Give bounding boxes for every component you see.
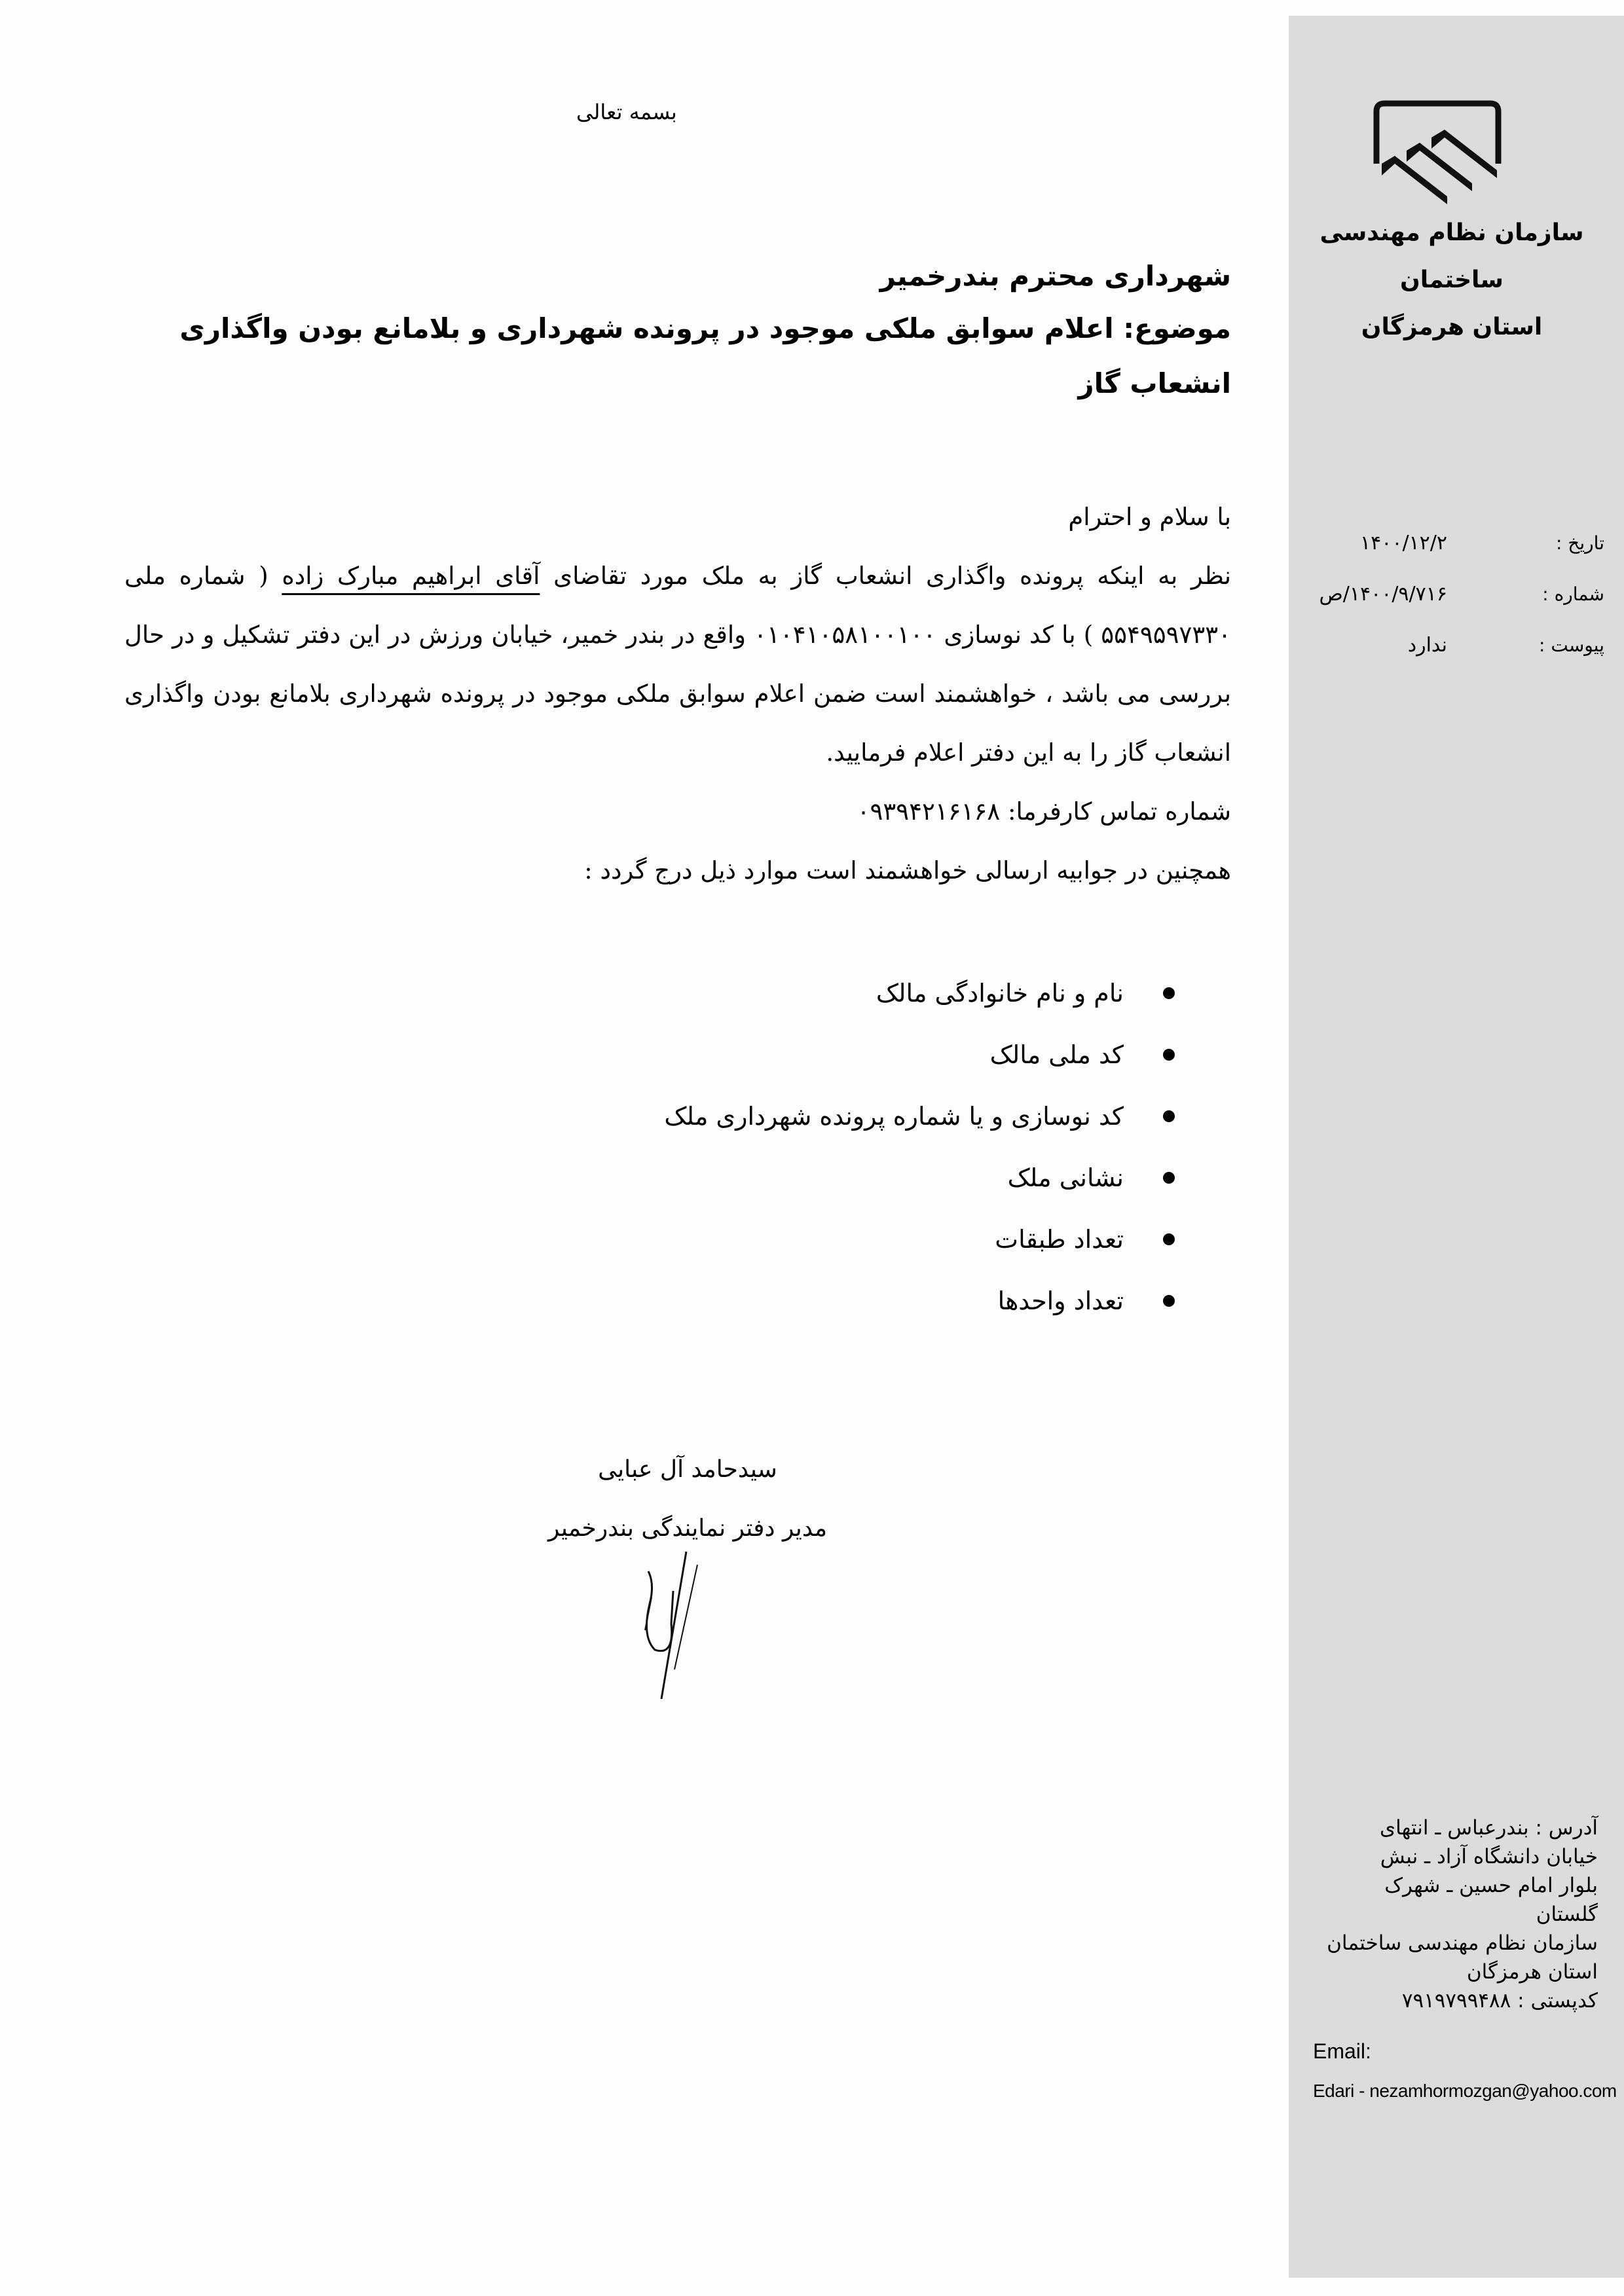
address-line: بلوار امام حسین ـ شهرک [1316, 1871, 1598, 1900]
number-value: ۱۴۰۰/۹/۷۱۶/ص [1319, 583, 1506, 606]
attachment-value: ندارد [1408, 634, 1506, 657]
address-line: خیابان دانشگاه آزاد ـ نبش [1316, 1842, 1598, 1871]
signer-name: سیدحامد آل عبایی [458, 1440, 917, 1499]
list-item-text: کد نوسازی و یا شماره پرونده شهرداری ملک [664, 1085, 1124, 1147]
body-paragraph: نظر به اینکه پرونده واگذاری انشعاب گاز ب… [124, 547, 1231, 782]
bullet-icon [1163, 1110, 1175, 1122]
list-item: نام و نام خانوادگی مالک [262, 962, 1179, 1024]
attachment-label: پیوست : [1506, 634, 1604, 656]
date-label: تاریخ : [1506, 532, 1604, 554]
letter-header: شهرداری محترم بندرخمیر موضوع: اعلام سواب… [124, 255, 1231, 411]
list-item-text: نام و نام خانوادگی مالک [876, 962, 1124, 1024]
list-item-text: کد ملی مالک [990, 1024, 1124, 1085]
requested-items-list: نام و نام خانوادگی مالک کد ملی مالک کد ن… [262, 962, 1179, 1332]
address-line: استان هرمزگان [1316, 1958, 1598, 1986]
list-item-text: تعداد طبقات [995, 1209, 1124, 1270]
recipient: شهرداری محترم بندرخمیر [124, 255, 1231, 297]
request-intro: همچنین در جوابیه ارسالی خواهشمند است موا… [124, 841, 1231, 900]
bullet-icon [1163, 1049, 1175, 1061]
list-item-text: تعداد واحدها [998, 1270, 1124, 1332]
bullet-icon [1163, 1295, 1175, 1307]
postal-code: کدپستی : ۷۹۱۹۷۹۹۴۸۸ [1316, 1986, 1598, 2015]
list-item: کد ملی مالک [262, 1024, 1179, 1085]
signature-block: سیدحامد آل عبایی مدیر دفتر نمایندگی بندر… [458, 1440, 917, 1558]
date-value: ۱۴۰۰/۱۲/۲ [1360, 532, 1506, 555]
building-roofs-logo-icon [1369, 98, 1506, 210]
email-address[interactable]: Edari - nezamhormozgan@yahoo.com [1313, 2081, 1617, 2102]
subject: موضوع: اعلام سوابق ملکی موجود در پرونده … [124, 301, 1231, 411]
org-name-line2: استان هرمزگان [1298, 304, 1606, 351]
body-part1: نظر به اینکه پرونده واگذاری انشعاب گاز ب… [540, 562, 1231, 590]
address-line: آدرس : بندرعباس ـ انتهای [1316, 1813, 1598, 1842]
list-item: تعداد واحدها [262, 1270, 1179, 1332]
organization-name: سازمان نظام مهندسی ساختمان استان هرمزگان [1298, 210, 1606, 351]
list-item-text: نشانی ملک [1008, 1147, 1124, 1209]
list-item: نشانی ملک [262, 1147, 1179, 1209]
number-label: شماره : [1506, 583, 1604, 605]
contact-line: شماره تماس کارفرما: ۰۹۳۹۴۲۱۶۱۶۸ [124, 782, 1231, 841]
signer-title: مدیر دفتر نمایندگی بندرخمیر [458, 1499, 917, 1558]
meta-row-date: تاریخ : ۱۴۰۰/۱۲/۲ [1303, 517, 1604, 568]
address-line: سازمان نظام مهندسی ساختمان [1316, 1929, 1598, 1958]
applicant-name: آقای ابراهیم مبارک زاده [282, 562, 540, 590]
letter-meta: تاریخ : ۱۴۰۰/۱۲/۲ شماره : ۱۴۰۰/۹/۷۱۶/ص پ… [1303, 517, 1604, 670]
address-line: گلستان [1316, 1900, 1598, 1929]
basmala: بسمه تعالی [576, 100, 677, 124]
greeting: با سلام و احترام [124, 488, 1231, 547]
list-item: تعداد طبقات [262, 1209, 1179, 1270]
handwritten-signature-icon [635, 1552, 727, 1702]
bullet-icon [1163, 1233, 1175, 1245]
email-label: Email: [1313, 2039, 1371, 2064]
meta-row-number: شماره : ۱۴۰۰/۹/۷۱۶/ص [1303, 568, 1604, 619]
letter-body: با سلام و احترام نظر به اینکه پرونده واگ… [124, 488, 1231, 900]
bullet-icon [1163, 987, 1175, 999]
bullet-icon [1163, 1172, 1175, 1184]
org-address: آدرس : بندرعباس ـ انتهای خیابان دانشگاه … [1316, 1813, 1598, 2015]
meta-row-attachment: پیوست : ندارد [1303, 619, 1604, 670]
list-item: کد نوسازی و یا شماره پرونده شهرداری ملک [262, 1085, 1179, 1147]
org-name-line1: سازمان نظام مهندسی ساختمان [1298, 210, 1606, 304]
body-part2: ( شماره ملی ۵۵۴۹۵۹۷۳۳۰ ) با کد نوسازی ۰۱… [124, 562, 1231, 767]
